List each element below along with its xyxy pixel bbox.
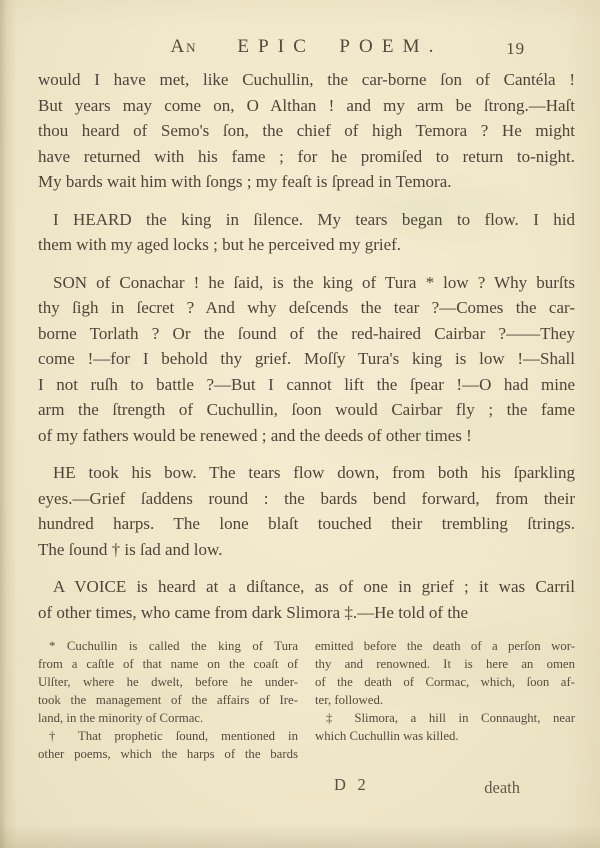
text-line: HE took his bow. The tears flow down, fr… — [38, 460, 575, 486]
text-line: of other times, who came from dark Slimo… — [38, 600, 575, 626]
text-line: borne Torlath ? Or the ſound of the red-… — [38, 321, 575, 347]
text-line: I not ruſh to battle ?—But I cannot lift… — [38, 372, 575, 398]
text-line: † That prophetic ſound, mentioned in — [38, 727, 298, 745]
body-text: would I have met, like Cuchullin, the ca… — [38, 67, 575, 625]
signature-mark: D 2 — [334, 775, 366, 795]
text-line: them with my aged locks ; but he perceiv… — [38, 232, 575, 258]
text-line: * Cuchullin is called the king of Tura — [38, 637, 298, 655]
text-line: The ſound † is ſad and low. — [38, 537, 575, 563]
text-line: hundred harps. The lone blaſt touched th… — [38, 511, 575, 537]
text-line: land, in the minority of Cormac. — [38, 709, 298, 727]
text-line: eyes.—Grief ſaddens round : the bards be… — [38, 486, 575, 512]
text-line: ‡ Slimora, a hill in Connaught, near — [315, 709, 575, 727]
text-line: My bards wait him with ſongs ; my feaſt … — [38, 169, 575, 195]
paragraph-5: A VOICE is heard at a diſtance, as of on… — [38, 574, 575, 625]
text-line: thy ſigh in ſecret ? And why deſcends th… — [38, 295, 575, 321]
paragraph-4: HE took his bow. The tears flow down, fr… — [38, 460, 575, 562]
text-line: SON of Conachar ! he ſaid, is the king o… — [38, 270, 575, 296]
text-line: other poems, which the harps of the bard… — [38, 745, 298, 763]
footnotes-section: * Cuchullin is called the king of Turafr… — [38, 637, 575, 763]
text-line: of my fathers would be renewed ; and the… — [38, 423, 575, 449]
text-line: took the management of the affairs of Ir… — [38, 691, 298, 709]
book-page: AnEPIC POEM. 19 would I have met, like C… — [0, 0, 600, 848]
text-line: have returned with his fame ; for he pro… — [38, 144, 575, 170]
running-title-article: An — [171, 36, 198, 57]
text-line: of the death of Cormac, which, ſoon af- — [315, 673, 575, 691]
text-line: emitted before the death of a perſon wor… — [315, 637, 575, 655]
page-number: 19 — [506, 39, 525, 59]
paragraph-1: would I have met, like Cuchullin, the ca… — [38, 67, 575, 195]
text-line: But years may come on, O Althan ! and my… — [38, 93, 575, 119]
running-title: AnEPIC POEM. — [38, 36, 575, 58]
text-line: come !—for I behold thy grief. Moſſy Tur… — [38, 346, 575, 372]
paragraph-2: I HEARD the king in ſilence. My tears be… — [38, 207, 575, 258]
footnote-column-left: * Cuchullin is called the king of Turafr… — [38, 637, 298, 763]
text-line: thou heard of Semo's ſon, the chief of h… — [38, 118, 575, 144]
text-line: would I have met, like Cuchullin, the ca… — [38, 67, 575, 93]
paragraph-3: SON of Conachar ! he ſaid, is the king o… — [38, 270, 575, 449]
text-line: arm the ſtrength of Cuchullin, ſoon woul… — [38, 397, 575, 423]
text-line: which Cuchullin was killed. — [315, 727, 575, 745]
text-line: A VOICE is heard at a diſtance, as of on… — [38, 574, 575, 600]
running-title-main: EPIC POEM. — [237, 36, 442, 57]
text-line: thy and renowned. It is here an omen — [315, 655, 575, 673]
text-line: I HEARD the king in ſilence. My tears be… — [38, 207, 575, 233]
catchword: death — [484, 778, 520, 798]
text-line: Ulſter, where he dwelt, before he under- — [38, 673, 298, 691]
text-line: from a caſtle of that name on the coaſt … — [38, 655, 298, 673]
footnote-column-right: emitted before the death of a perſon wor… — [315, 637, 575, 763]
text-line: ter, followed. — [315, 691, 575, 709]
page-header: AnEPIC POEM. 19 — [38, 36, 575, 60]
page-footer: D 2 death — [38, 775, 575, 799]
